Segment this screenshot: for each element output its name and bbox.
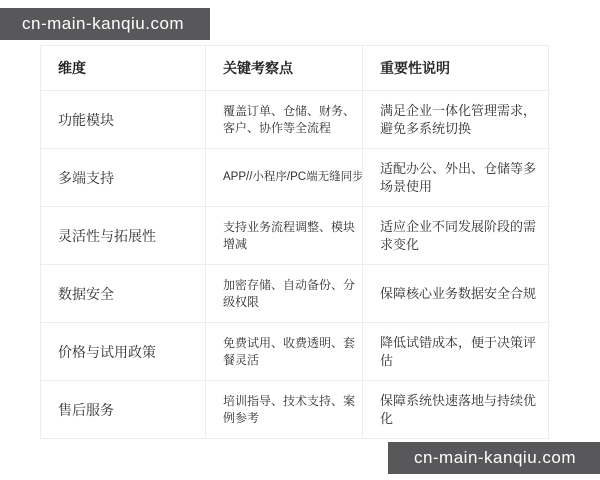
cell-dimension: 功能模块: [41, 91, 206, 149]
comparison-table: 维度 关键考察点 重要性说明 功能模块 覆盖订单、仓储、财务、客户、协作等全流程…: [40, 45, 548, 439]
cell-key-points: 支持业务流程调整、模块增减: [206, 207, 363, 265]
cell-dimension: 数据安全: [41, 265, 206, 323]
table-row: 多端支持 APP//小程序/PC端无缝同步 适配办公、外出、仓储等多场景使用: [41, 149, 549, 207]
cell-key-points: 培训指导、技术支持、案例参考: [206, 381, 363, 439]
page: cn-main-kanqiu.com 维度 关键考察点 重要性说明 功能模块 覆…: [0, 0, 600, 480]
cell-dimension: 价格与试用政策: [41, 323, 206, 381]
cell-dimension: 售后服务: [41, 381, 206, 439]
cell-key-points: 加密存储、自动备份、分级权限: [206, 265, 363, 323]
watermark-top: cn-main-kanqiu.com: [0, 8, 210, 40]
table-row: 数据安全 加密存储、自动备份、分级权限 保障核心业务数据安全合规: [41, 265, 549, 323]
table-row: 功能模块 覆盖订单、仓储、财务、客户、协作等全流程 满足企业一体化管理需求，避免…: [41, 91, 549, 149]
cell-dimension: 灵活性与拓展性: [41, 207, 206, 265]
header-cell-importance: 重要性说明: [363, 46, 549, 91]
cell-importance: 适应企业不同发展阶段的需求变化: [363, 207, 549, 265]
cell-dimension: 多端支持: [41, 149, 206, 207]
cell-key-points: APP//小程序/PC端无缝同步: [206, 149, 363, 207]
cell-key-points: 覆盖订单、仓储、财务、客户、协作等全流程: [206, 91, 363, 149]
cell-key-points: 免费试用、收费透明、套餐灵活: [206, 323, 363, 381]
table-row: 灵活性与拓展性 支持业务流程调整、模块增减 适应企业不同发展阶段的需求变化: [41, 207, 549, 265]
table-row: 价格与试用政策 免费试用、收费透明、套餐灵活 降低试错成本，便于决策评估: [41, 323, 549, 381]
header-cell-key-points: 关键考察点: [206, 46, 363, 91]
dimension-comparison-table: 维度 关键考察点 重要性说明 功能模块 覆盖订单、仓储、财务、客户、协作等全流程…: [40, 45, 549, 439]
table-row: 售后服务 培训指导、技术支持、案例参考 保障系统快速落地与持续优化: [41, 381, 549, 439]
header-cell-dimension: 维度: [41, 46, 206, 91]
cell-importance: 降低试错成本，便于决策评估: [363, 323, 549, 381]
watermark-bottom: cn-main-kanqiu.com: [388, 442, 600, 474]
cell-importance: 保障系统快速落地与持续优化: [363, 381, 549, 439]
table-header-row: 维度 关键考察点 重要性说明: [41, 46, 549, 91]
cell-importance: 保障核心业务数据安全合规: [363, 265, 549, 323]
cell-importance: 满足企业一体化管理需求，避免多系统切换: [363, 91, 549, 149]
cell-importance: 适配办公、外出、仓储等多场景使用: [363, 149, 549, 207]
